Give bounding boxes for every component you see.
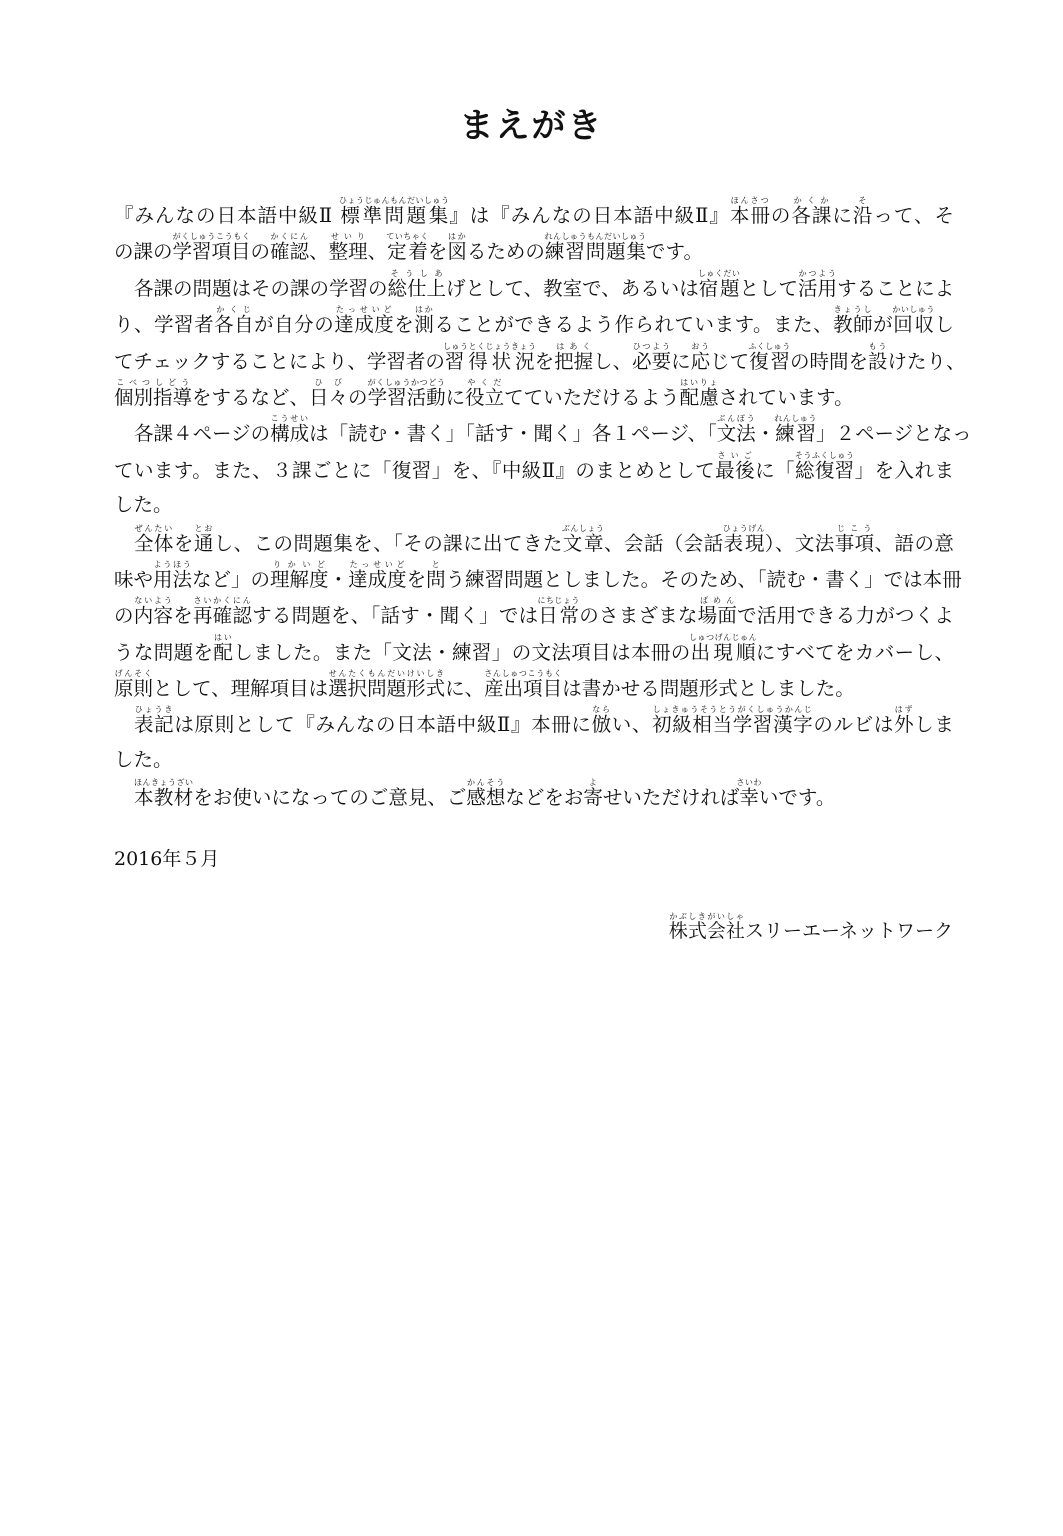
- ruby-annotation: 内容ないよう: [134, 604, 173, 627]
- ruby-annotation: 選択問題形式せんたくもんだいけいしき: [328, 677, 445, 700]
- ruby-annotation: 理解度りかいど: [270, 568, 329, 591]
- ruby-annotation: 事項じこう: [835, 532, 875, 555]
- ruby-annotation: 達成度たっせいど: [334, 313, 394, 336]
- paragraph-5-line: した。: [114, 742, 954, 778]
- ruby-annotation: 各自かくじ: [214, 313, 254, 336]
- ruby-annotation: 確認かくにん: [270, 240, 309, 263]
- ruby-annotation: 習得状況しゅうとくじょうきょう: [445, 350, 535, 373]
- ruby-annotation: 初級相当学習漢字しょきゅうそうとうがくしゅうかんじ: [652, 713, 813, 736]
- paragraph-2-line: てチェックすることにより、学習者の習得状況しゅうとくじょうきょうを把握はあくし、…: [114, 342, 954, 378]
- publisher-ruby: 株式会社かぶしきがいしゃ: [669, 920, 745, 942]
- ruby-annotation: 原則げんそく: [114, 677, 153, 700]
- publisher-name: 株式会社かぶしきがいしゃスリーエーネットワーク: [669, 912, 953, 943]
- paragraph-4-line: の内容ないようを再確認さいかくにんする問題を、「話す・聞く」では日常にちじょうの…: [114, 596, 954, 632]
- ruby-annotation: 練習れんしゅう: [775, 422, 816, 445]
- paragraph-6-line: 本教材ほんきょうざいをお使いになってのご意見、ご感想かんそうなどをお寄よせいただ…: [114, 778, 954, 814]
- ruby-annotation: 応おう: [691, 350, 711, 373]
- page-title: まえがき: [0, 98, 1063, 147]
- paragraph-3-line: 各課４ページの構成こうせいは「読む・書く」「話す・聞く」各１ページ、「文法ぶんぽ…: [114, 414, 954, 450]
- ruby-annotation: 宿題しゅくだい: [699, 277, 740, 300]
- ruby-annotation: 活用かつよう: [798, 277, 837, 300]
- paragraph-2-line: 各課の問題はその課の学習の総仕上そうしあげとして、教室で、あるいは宿題しゅくだい…: [114, 269, 954, 305]
- ruby-annotation: 把握はあく: [554, 350, 593, 373]
- ruby-annotation: 日常にちじょう: [538, 604, 579, 627]
- ruby-annotation: 日々ひび: [309, 386, 348, 409]
- ruby-annotation: 設もう: [868, 350, 888, 373]
- ruby-annotation: 構成こうせい: [270, 422, 309, 445]
- ruby-annotation: 練習問題集れんしゅうもんだいしゅう: [545, 240, 646, 263]
- paragraph-5-line: 表記ひょうきは原則として『みんなの日本語中級Ⅱ』本冊に倣ならい、初級相当学習漢字…: [114, 705, 954, 741]
- ruby-annotation: 標準問題集ひょうじゅんもんだいしゅう: [340, 204, 448, 227]
- ruby-annotation: 産出項目さんしゅつこうもく: [484, 677, 562, 700]
- ruby-annotation: 外はず: [894, 713, 914, 736]
- ruby-annotation: 配はい: [213, 641, 233, 664]
- paragraph-4-line: 全体ぜんたいを通とおし、この問題集を、「その課に出てきた文章ぶんしょう、会話（会…: [114, 524, 954, 560]
- ruby-annotation: 用法ようほう: [153, 568, 192, 591]
- ruby-annotation: 総仕上そうしあ: [388, 277, 447, 300]
- ruby-annotation: 倣なら: [592, 713, 612, 736]
- ruby-annotation: 幸さいわ: [739, 786, 759, 809]
- ruby-annotation: 学習項目がくしゅうこうもく: [173, 240, 251, 263]
- ruby-annotation: 整理せいり: [329, 240, 368, 263]
- paragraph-4-line: 味や用法ようほうなど」の理解度りかいど・達成度たっせいどを問とう練習問題としまし…: [114, 560, 954, 596]
- ruby-annotation: 感想かんそう: [466, 786, 505, 809]
- paragraph-2-line: り、学習者各自かくじが自分の達成度たっせいどを測はかることができるよう作られてい…: [114, 305, 954, 341]
- ruby-annotation: 沿そ: [853, 204, 874, 227]
- ruby-annotation: 定着ていちゃく: [387, 240, 428, 263]
- paragraph-1-line: 『みんなの日本語中級Ⅱ 標準問題集ひょうじゅんもんだいしゅう』は『みんなの日本語…: [114, 196, 954, 232]
- ruby-annotation: 各課かくか: [791, 204, 832, 227]
- ruby-annotation: 最後さいご: [715, 459, 755, 482]
- paragraph-3-line: ています。また、３課ごとに「復習」を、『中級Ⅱ』のまとめとして最後さいごに「総復…: [114, 451, 954, 487]
- ruby-annotation: 本冊ほんさつ: [730, 204, 771, 227]
- ruby-annotation: 再確認さいかくにん: [193, 604, 252, 627]
- paragraph-1-line: の課の学習項目がくしゅうこうもくの確認かくにん、整理せいり、定着ていちゃくを図は…: [114, 232, 954, 268]
- ruby-annotation: 配慮はいりょ: [680, 386, 719, 409]
- ruby-annotation: 寄よ: [583, 786, 603, 809]
- ruby-annotation: 個別指導こべつしどう: [114, 386, 192, 409]
- ruby-annotation: 必要ひつよう: [632, 350, 671, 373]
- ruby-annotation: 本教材ほんきょうざい: [134, 786, 193, 809]
- paragraph-4-line: 原則げんそくとして、理解項目は選択問題形式せんたくもんだいけいしきに、産出項目さ…: [114, 669, 954, 705]
- paragraph-3-line: した。: [114, 487, 954, 523]
- ruby-annotation: 出現順しゅつげんじゅん: [691, 641, 756, 664]
- ruby-annotation: 復習ふくしゅう: [749, 350, 790, 373]
- ruby-annotation: 文法ぶんぽう: [717, 422, 756, 445]
- paragraph-2-line: 個別指導こべつしどうをするなど、日々ひびの学習活動がくしゅうかつどうに役立やくだ…: [114, 378, 954, 414]
- ruby-annotation: 測はか: [414, 313, 434, 336]
- ruby-annotation: 学習活動がくしゅうかつどう: [368, 386, 446, 409]
- document-page: まえがき 『みんなの日本語中級Ⅱ 標準問題集ひょうじゅんもんだいしゅう』は『みん…: [0, 0, 1063, 1536]
- ruby-annotation: 達成度たっせいど: [348, 568, 407, 591]
- ruby-annotation: 問と: [426, 568, 446, 591]
- preface-body: 『みんなの日本語中級Ⅱ 標準問題集ひょうじゅんもんだいしゅう』は『みんなの日本語…: [114, 196, 954, 815]
- date-line: 2016年５月: [114, 844, 219, 871]
- ruby-annotation: 総復習そうふくしゅう: [795, 459, 854, 482]
- ruby-annotation: 全体ぜんたい: [134, 532, 174, 555]
- ruby-annotation: 場面ばめん: [698, 604, 737, 627]
- ruby-annotation: 表記ひょうき: [134, 713, 174, 736]
- ruby-annotation: 文章ぶんしょう: [563, 532, 604, 555]
- ruby-annotation: 役立やくだ: [465, 386, 504, 409]
- ruby-annotation: 通とお: [194, 532, 214, 555]
- ruby-annotation: 回収かいしゅう: [893, 313, 934, 336]
- paragraph-4-line: うな問題を配はいしました。また「文法・練習」の文法項目は本冊の出現順しゅつげんじ…: [114, 633, 954, 669]
- ruby-annotation: 表現ひょうげん: [724, 532, 765, 555]
- ruby-annotation: 教師きょうし: [833, 313, 873, 336]
- ruby-annotation: 図はか: [447, 240, 467, 263]
